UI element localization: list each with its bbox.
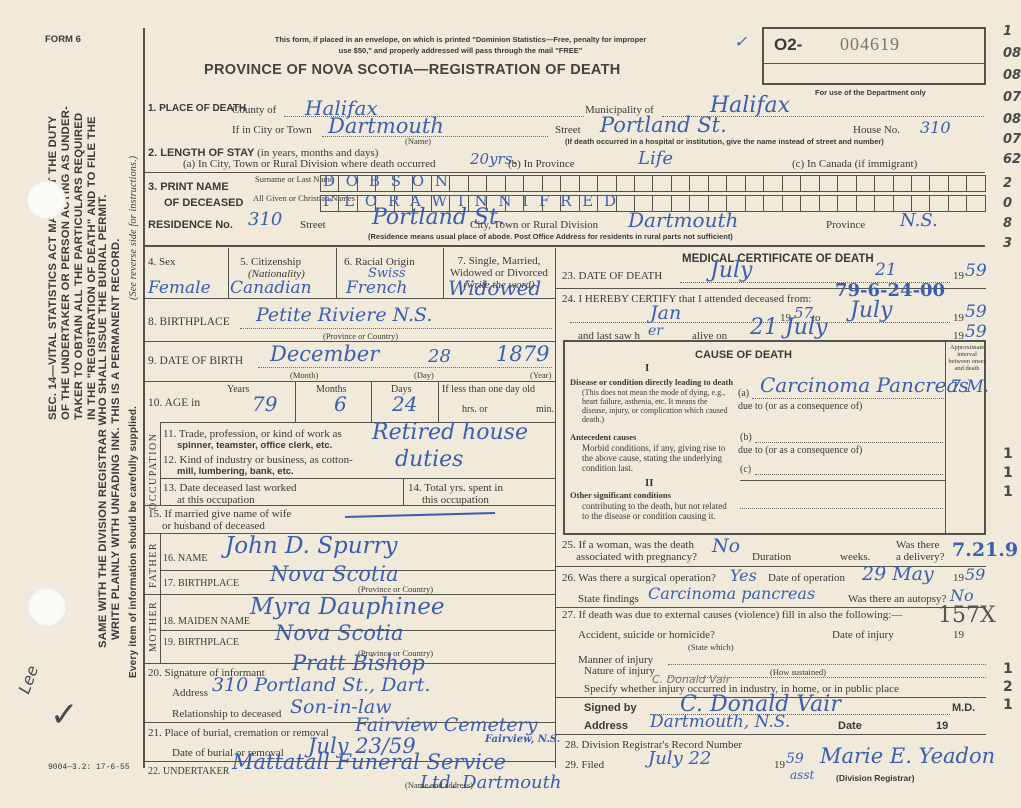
day-note: (Day) xyxy=(414,370,434,380)
residence-city-label: City, Town or Rural Division xyxy=(470,219,598,231)
year-prefix: 19 xyxy=(953,572,964,584)
divider xyxy=(438,382,439,422)
undertaker-value: Mattatall Funeral Service xyxy=(232,750,506,774)
age-days-value: 24 xyxy=(392,392,417,416)
year-prefix: 19 xyxy=(953,629,964,641)
md-address-value: Dartmouth, N.S. xyxy=(650,712,790,732)
autopsy-label: Was there an autopsy? xyxy=(848,593,946,605)
q26-value: Yes xyxy=(730,566,757,585)
age-label: 10. AGE in xyxy=(148,397,200,409)
sidebar-line1: SEC. 14—VITAL STATISTICS ACT MAKES IT TH… xyxy=(47,116,59,420)
divider xyxy=(145,245,985,247)
injury-date-label: Date of injury xyxy=(832,629,894,641)
certify-label: 24. I HEREBY CERTIFY that I attended dec… xyxy=(562,293,811,305)
divider xyxy=(145,298,555,299)
attended-to: July xyxy=(850,298,892,323)
department-note: For use of the Department only xyxy=(815,88,926,97)
divider xyxy=(145,505,555,506)
due-to-label: due to (or as a consequence of) xyxy=(738,401,862,412)
q13-label: 13. Date deceased last workedat this occ… xyxy=(163,482,296,506)
cause-a-interval: 7 M. xyxy=(950,377,989,397)
q12-label: 12. Kind of industry or business, as cot… xyxy=(163,454,353,478)
cause-a-value: Carcinoma Pancreas xyxy=(760,373,969,397)
filed-label: 29. Filed xyxy=(565,759,604,771)
month-note: (Month) xyxy=(290,370,318,380)
postal-notice: This form, if placed in an envelope, on … xyxy=(218,34,703,56)
nature-row: Nature of injury xyxy=(584,665,655,677)
manner-line xyxy=(668,664,986,665)
street-value: Portland St. xyxy=(600,113,727,137)
surname-value: D O B S O N xyxy=(323,172,451,190)
burial-place-value: Fairview Cemetery xyxy=(355,714,537,736)
interval-header: Approximate interval between onset and d… xyxy=(948,344,986,372)
birthplace-note: (Province or Country) xyxy=(323,331,398,341)
birthplace-label: 8. BIRTHPLACE xyxy=(148,316,230,328)
postal-notice-line1: This form, if placed in an envelope, on … xyxy=(218,34,703,45)
father-birthplace-value: Nova Scotia xyxy=(270,562,399,586)
divider xyxy=(160,478,555,479)
divider xyxy=(145,172,985,173)
less-than-day-label: If less than one day old xyxy=(442,384,535,395)
registrar-signature: Marie E. Yeadon xyxy=(820,744,995,768)
margin-codes-lower: 1 1 1 xyxy=(1003,445,1013,502)
date-of-death-label: 23. DATE OF DEATH xyxy=(562,270,662,282)
mother-side-label: MOTHER xyxy=(148,601,159,652)
divider xyxy=(945,341,946,534)
antecedent-sub: Morbid conditions, if any, giving rise t… xyxy=(582,443,732,473)
last-saw-her: er xyxy=(648,323,663,339)
q27-label: 27. If death was due to external causes … xyxy=(562,609,902,621)
registration-number-box: O2- 004619 xyxy=(762,27,986,85)
cause-c-label: (c) xyxy=(740,464,751,475)
q25-label: 25. If a woman, was the deathassociated … xyxy=(562,539,697,563)
year-note: (Year) xyxy=(530,370,551,380)
years-label: Years xyxy=(227,384,249,395)
divider xyxy=(295,382,296,422)
burial-stamp: Fairview, N.S. xyxy=(485,734,560,745)
cause-b-label: (b) xyxy=(740,432,752,443)
father-province-note: (Province or Country) xyxy=(358,584,433,594)
other-conditions-sub: contributing to the death, but not relat… xyxy=(582,501,732,521)
stay-city-label: (a) In City, Town or Rural Division wher… xyxy=(183,158,435,170)
name-note: (Name) xyxy=(405,136,431,146)
informant-address-label: Address xyxy=(172,687,208,699)
divider xyxy=(740,480,945,481)
q15-label: 15. If married give name of wifeor husba… xyxy=(148,508,291,532)
mother-birthplace-value: Nova Scotia xyxy=(275,621,404,645)
citizenship-value: Canadian xyxy=(230,278,312,298)
punch-hole xyxy=(26,180,66,220)
city-value: Dartmouth xyxy=(328,114,444,138)
divider xyxy=(145,381,555,382)
date-of-death-day: 21 xyxy=(875,260,897,280)
delivery-value: 7.21.9 xyxy=(952,539,1018,561)
min-label: min. xyxy=(536,404,554,415)
page-title: PROVINCE OF NOVA SCOTIA—REGISTRATION OF … xyxy=(204,62,621,78)
stay-province-value: Life xyxy=(638,148,673,169)
print-code: 9004—3.2: 17-6-55 xyxy=(48,763,130,772)
father-name-label: 16. NAME xyxy=(163,553,207,564)
alive-on-year: 59 xyxy=(965,322,987,342)
accident-label: Accident, suicide or homicide? xyxy=(578,629,715,641)
attended-to-year: 59 xyxy=(965,302,987,322)
mother-name-label: 18. MAIDEN NAME xyxy=(163,616,250,627)
dob-label: 9. DATE OF BIRTH xyxy=(148,355,243,367)
how-sustained-note: (How sustained) xyxy=(770,667,826,677)
citizenship-label: 5. Citizenship(Nationality) xyxy=(240,256,305,280)
year-prefix: 19 xyxy=(936,720,948,732)
divider xyxy=(371,382,372,422)
alive-on-value: 21 July xyxy=(750,315,827,340)
md-address-label: Address xyxy=(584,720,628,732)
mother-birthplace-label: 19. BIRTHPLACE xyxy=(163,637,239,648)
q15-dash-value xyxy=(345,512,495,518)
findings-label: State findings xyxy=(578,593,639,605)
year-prefix: 19 xyxy=(774,759,785,771)
year-prefix: 19 xyxy=(953,312,964,324)
margin-codes: 1 08 08 07 08 07 62 2 0 8 3 xyxy=(1003,24,1021,256)
cause-b-line xyxy=(755,442,943,443)
print-name-label: 3. PRINT NAMEOF DECEASED xyxy=(148,179,243,211)
divider xyxy=(160,534,161,664)
divider xyxy=(556,607,986,608)
undertaker-note: (Name and address) xyxy=(405,780,473,790)
birthplace-value: Petite Riviere N.S. xyxy=(256,304,432,326)
state-which-note: (State which) xyxy=(688,642,734,652)
stay-province-label: (b) In Province xyxy=(508,158,575,170)
sidebar-line5: SAME WITH THE DIVISION REGISTRAR WHO SHA… xyxy=(97,194,109,648)
registrar-sub: asst xyxy=(790,768,814,782)
divider xyxy=(228,248,229,298)
divider xyxy=(443,248,444,298)
other-line xyxy=(740,508,943,509)
sex-value: Female xyxy=(148,278,211,298)
birthplace-field-line xyxy=(240,328,552,329)
part1-label: I xyxy=(645,362,649,374)
duration-label: Duration xyxy=(752,551,791,563)
dob-month-value: December xyxy=(270,342,379,366)
street-label: Street xyxy=(555,124,581,136)
date-of-death-year: 59 xyxy=(965,261,987,281)
undertaker-label: 22. UNDERTAKER xyxy=(148,766,229,777)
signed-by-label: Signed by xyxy=(584,702,637,714)
informant-address-value: 310 Portland St., Dart. xyxy=(212,674,430,696)
year-prefix: 19 xyxy=(953,270,964,282)
house-label: House No. xyxy=(853,124,900,136)
sidebar-line3: TAKER TO OBTAIN ALL THE PARTICULARS REQU… xyxy=(73,113,85,420)
registration-prefix: O2- xyxy=(774,35,802,55)
sidebar-line6: WRITE PLAINLY WITH UNFADING INK. THIS IS… xyxy=(110,238,122,640)
pencil-note: Lee xyxy=(14,663,42,696)
dob-field-line xyxy=(258,367,552,368)
dob-year-value: 1879 xyxy=(496,342,549,366)
delivery-label: Was therea delivery? xyxy=(896,539,945,563)
informant-value: Pratt Bishop xyxy=(292,651,425,675)
part2-label: II xyxy=(645,477,654,489)
q11-value: Retired house xyxy=(372,420,528,445)
occupation-side-label: OCCUPATION xyxy=(148,433,159,510)
cause-heading: CAUSE OF DEATH xyxy=(695,349,792,361)
hrs-label: hrs. or xyxy=(462,404,488,415)
father-side-label: FATHER xyxy=(148,542,159,588)
residence-note: (Residence means usual place of abode. P… xyxy=(368,232,733,241)
residence-province-value: N.S. xyxy=(900,210,938,231)
margin-codes-bottom: 1 2 1 xyxy=(1003,660,1013,714)
date-of-death-month: July xyxy=(710,258,752,283)
direct-cause-label: Disease or condition directly leading to… xyxy=(570,377,733,387)
filed-year-value: 59 xyxy=(786,751,804,767)
divider xyxy=(403,478,404,505)
sidebar-line8: (See reverse side for instructions.) xyxy=(128,156,139,300)
hospital-note: (If death occurred in a hospital or inst… xyxy=(565,137,884,146)
q25-value: No xyxy=(712,535,740,557)
dob-day-value: 28 xyxy=(428,346,451,367)
op-date-label: Date of operation xyxy=(768,572,845,584)
residence-no-value: 310 xyxy=(248,209,282,230)
weeks-label: weeks. xyxy=(840,551,870,563)
filed-value: July 22 xyxy=(648,748,711,769)
house-value: 310 xyxy=(920,118,951,137)
mother-name-value: Myra Dauphinee xyxy=(250,594,444,620)
marital-status-value: Widowed xyxy=(448,276,541,300)
divider xyxy=(160,423,161,505)
city-label: If in City or Town xyxy=(232,124,312,136)
op-date-value: 29 May xyxy=(862,563,934,585)
md-label: M.D. xyxy=(952,702,975,714)
relationship-label: Relationship to deceased xyxy=(172,708,281,720)
surname-label: Surname or Last Name xyxy=(255,175,315,184)
q11-label: 11. Trade, profession, or kind of work a… xyxy=(163,428,342,452)
divider xyxy=(556,734,986,735)
q14-label: 14. Total yrs. spent inthis occupation xyxy=(408,482,503,506)
pencil-check-icon: ✓ xyxy=(50,695,79,735)
due-to-label: due to (or as a consequence of) xyxy=(738,445,862,456)
residence-label: RESIDENCE No. xyxy=(148,219,233,231)
father-name-value: John D. Spurry xyxy=(225,533,398,559)
attended-from: Jan xyxy=(650,302,681,324)
q26-label: 26. Was there a surgical operation? xyxy=(562,572,716,584)
age-years-value: 79 xyxy=(252,392,277,416)
nature-of-injury-label: Nature of injury xyxy=(584,665,655,677)
registration-number: 004619 xyxy=(840,34,900,55)
op-year-value: 59 xyxy=(965,565,985,584)
residence-street-label: Street xyxy=(300,219,326,231)
q27-code: 157X xyxy=(938,603,996,628)
racial-origin-value: French xyxy=(346,278,407,298)
county-label: County of xyxy=(232,104,276,116)
form-left-border xyxy=(143,28,145,768)
given-names-label: All Given or Christian Names xyxy=(253,194,317,203)
q12-value: duties xyxy=(395,447,463,472)
divider xyxy=(336,248,337,298)
other-conditions-label: Other significant conditions xyxy=(570,490,671,500)
age-months-value: 6 xyxy=(334,392,347,416)
father-birthplace-label: 17. BIRTHPLACE xyxy=(163,578,239,589)
check-mark-icon: ✓ xyxy=(734,32,747,51)
registrar-note: (Division Registrar) xyxy=(836,773,914,783)
stay-canada-label: (c) In Canada (if immigrant) xyxy=(792,158,917,170)
punch-hole xyxy=(27,587,67,627)
residence-city-value: Dartmouth xyxy=(628,208,738,232)
sex-label: 4. Sex xyxy=(148,256,176,268)
md-date-label: Date xyxy=(838,720,862,732)
sidebar-line2: OF THE UNDERTAKER OR PERSON ACTING AS UN… xyxy=(60,106,72,420)
cause-a-line xyxy=(752,398,944,399)
form-number: FORM 6 xyxy=(45,34,81,45)
column-divider xyxy=(555,248,556,768)
antecedent-label: Antecedent causes xyxy=(570,432,636,442)
burial-place-label: 21. Place of burial, cremation or remova… xyxy=(148,727,329,739)
findings-value: Carcinoma pancreas xyxy=(648,584,815,603)
cause-a-label: (a) xyxy=(738,388,749,399)
cause-c-line xyxy=(755,474,943,475)
direct-cause-sub: (This does not mean the mode of dying, e… xyxy=(582,388,732,424)
residence-province-label: Province xyxy=(826,219,865,231)
postal-notice-line2: use $50," and properly addressed will pa… xyxy=(218,45,703,56)
sidebar-line7: Every item of information should be care… xyxy=(128,406,139,678)
